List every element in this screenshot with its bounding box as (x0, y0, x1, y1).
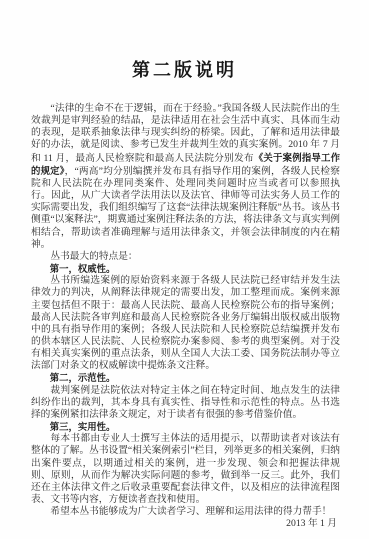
feature-1-heading: 第一，权威性。 (31, 263, 340, 275)
feature-1-body: 丛书所编选案例的原始资料来源于各级人民法院已经审结并发生法律效力的判决，从阐释法… (31, 275, 340, 372)
document-page: 第二版说明 “法律的生命不在于逻辑，而在于经验。”我国各级人民法院作出的生效裁判… (0, 0, 369, 539)
feature-2-heading: 第二，示范性。 (31, 372, 340, 384)
document-body: “法律的生命不在于逻辑，而在于经验。”我国各级人民法院作出的生效裁判是审判经验的… (31, 103, 340, 530)
date-line: 2013 年 1 月 (31, 518, 340, 530)
intro-paragraph: “法律的生命不在于逻辑，而在于经验。”我国各级人民法院作出的生效裁判是审判经验的… (31, 103, 340, 251)
closing-line: 希望本丛书能够成为广大读者学习、理解和运用法律的得力帮手！ (31, 506, 340, 518)
features-lead: 丛书最大的特点是： (31, 251, 340, 263)
intro-text-post: ，“两高”均分别编撰并发布具有指导作用的案例，各级人民检察院和人民法院在办理同类… (31, 166, 340, 250)
page-title: 第二版说明 (0, 0, 369, 82)
feature-2-body: 裁判案例是法院依法对特定主体之间在特定时间、地点发生的法律纠纷作出的裁判，其本身… (31, 385, 340, 421)
feature-3-heading: 第三，实用性。 (31, 421, 340, 433)
feature-3-body: 每本书都由专业人士撰写主体法的适用提示，以帮助读者对该法有整体的了解。丛书设置“… (31, 433, 340, 506)
